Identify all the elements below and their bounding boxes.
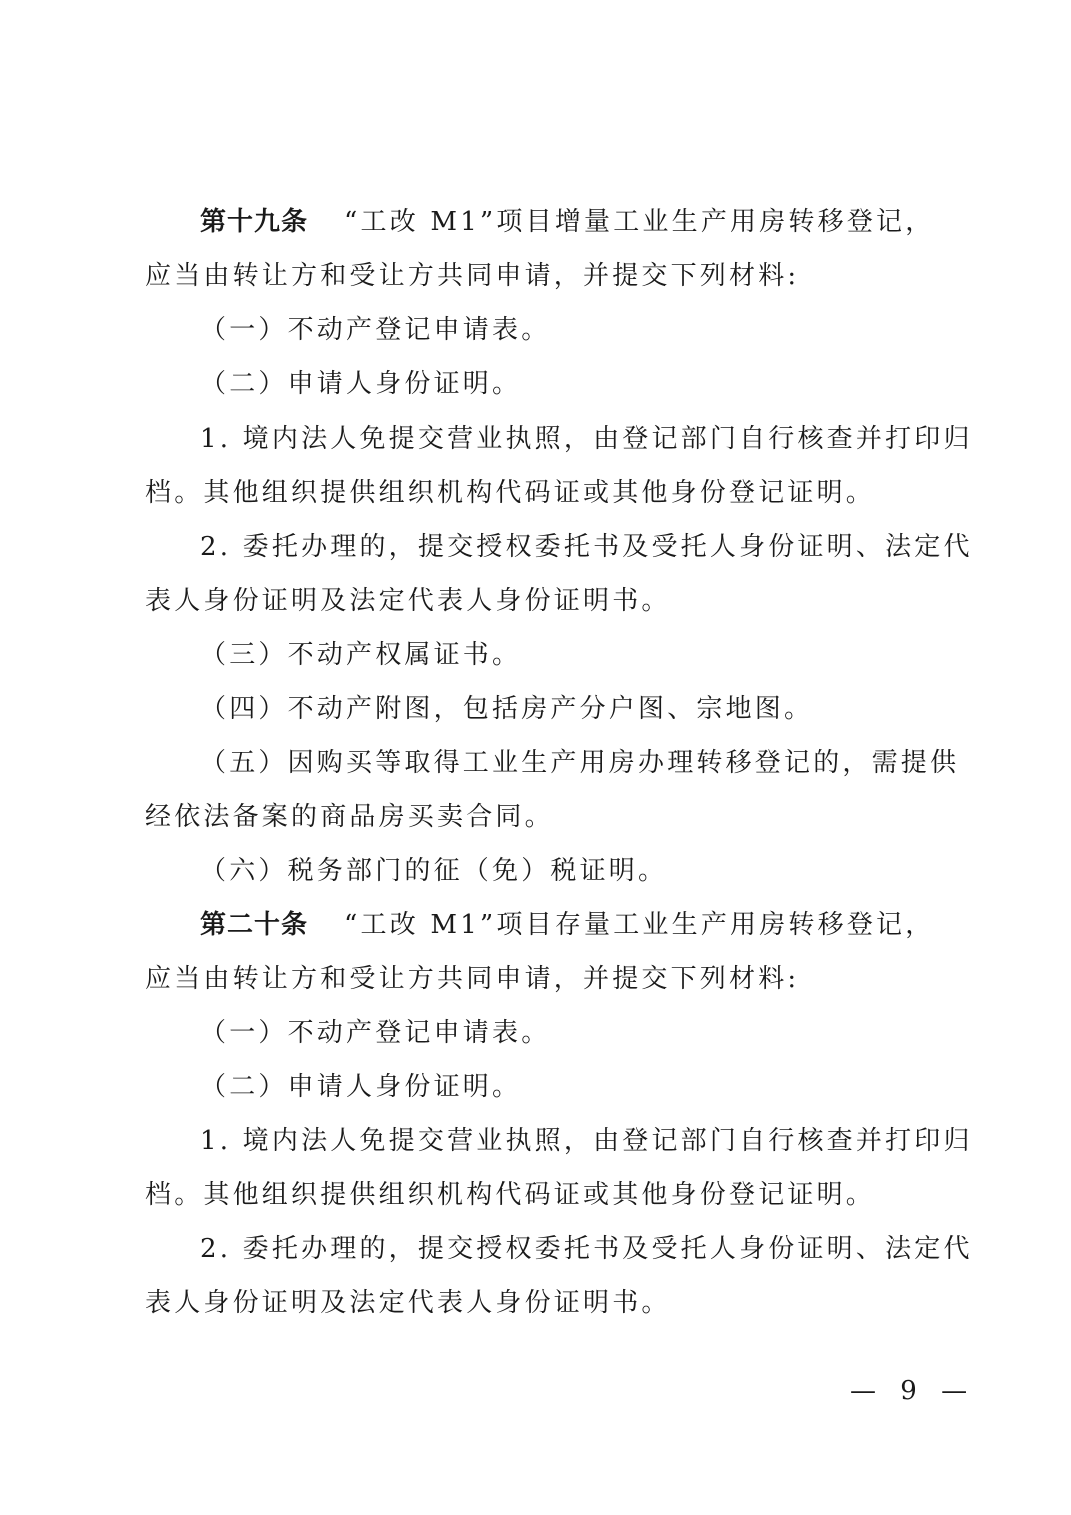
line-text: 应当由转让方和受让方共同申请，并提交下列材料:: [145, 261, 799, 291]
article-number: 第二十条: [200, 910, 308, 940]
text-line: （二）申请人身份证明。: [200, 367, 1000, 401]
document-page: 第十九条“工改 M1”项目增量工业生产用房转移登记，应当由转让方和受让方共同申请…: [0, 0, 1071, 1515]
line-text: 2. 委托办理的，提交授权委托书及受托人身份证明、法定代: [200, 1234, 973, 1264]
line-text: 经依法备案的商品房买卖合同。: [145, 802, 554, 832]
line-text: （一）不动产登记申请表。: [200, 315, 550, 345]
text-line: 应当由转让方和受让方共同申请，并提交下列材料:: [145, 962, 945, 996]
text-line: 表人身份证明及法定代表人身份证明书。: [145, 584, 945, 618]
page-number: — 9 —: [850, 1374, 975, 1408]
line-text: （三）不动产权属证书。: [200, 640, 521, 670]
article-number: 第十九条: [200, 207, 308, 237]
text-line: （一）不动产登记申请表。: [200, 313, 1000, 347]
line-text: 表人身份证明及法定代表人身份证明书。: [145, 586, 671, 616]
text-line: （二）申请人身份证明。: [200, 1070, 1000, 1104]
text-line: 经依法备案的商品房买卖合同。: [145, 800, 945, 834]
text-line: 档。其他组织提供组织机构代码证或其他身份登记证明。: [145, 1178, 945, 1212]
text-line: 1. 境内法人免提交营业执照，由登记部门自行核查并打印归: [200, 1124, 1000, 1158]
line-text: 表人身份证明及法定代表人身份证明书。: [145, 1288, 671, 1318]
text-line: （五）因购买等取得工业生产用房办理转移登记的，需提供: [200, 746, 1000, 780]
text-line: （一）不动产登记申请表。: [200, 1016, 1000, 1050]
article-heading-line: 第二十条“工改 M1”项目存量工业生产用房转移登记，: [200, 908, 1000, 942]
line-text: 应当由转让方和受让方共同申请，并提交下列材料:: [145, 964, 799, 994]
text-line: 应当由转让方和受让方共同申请，并提交下列材料:: [145, 259, 945, 293]
line-text: 1. 境内法人免提交营业执照，由登记部门自行核查并打印归: [200, 1126, 973, 1156]
line-text: 档。其他组织提供组织机构代码证或其他身份登记证明。: [145, 1180, 875, 1210]
text-line: 2. 委托办理的，提交授权委托书及受托人身份证明、法定代: [200, 530, 1000, 564]
line-text: “工改 M1”项目增量工业生产用房转移登记，: [344, 207, 934, 237]
text-line: （六）税务部门的征（免）税证明。: [200, 854, 1000, 888]
line-text: （四）不动产附图，包括房产分户图、宗地图。: [200, 694, 813, 724]
text-line: 2. 委托办理的，提交授权委托书及受托人身份证明、法定代: [200, 1232, 1000, 1266]
text-line: （三）不动产权属证书。: [200, 638, 1000, 672]
article-heading-line: 第十九条“工改 M1”项目增量工业生产用房转移登记，: [200, 205, 1000, 239]
text-line: 1. 境内法人免提交营业执照，由登记部门自行核查并打印归: [200, 422, 1000, 456]
line-text: （一）不动产登记申请表。: [200, 1018, 550, 1048]
line-text: 2. 委托办理的，提交授权委托书及受托人身份证明、法定代: [200, 532, 973, 562]
line-text: （六）税务部门的征（免）税证明。: [200, 856, 667, 886]
line-text: （五）因购买等取得工业生产用房办理转移登记的，需提供: [200, 748, 959, 778]
line-text: （二）申请人身份证明。: [200, 369, 521, 399]
line-text: 1. 境内法人免提交营业执照，由登记部门自行核查并打印归: [200, 424, 973, 454]
text-line: 表人身份证明及法定代表人身份证明书。: [145, 1286, 945, 1320]
text-line: （四）不动产附图，包括房产分户图、宗地图。: [200, 692, 1000, 726]
line-text: 档。其他组织提供组织机构代码证或其他身份登记证明。: [145, 478, 875, 508]
text-line: 档。其他组织提供组织机构代码证或其他身份登记证明。: [145, 476, 945, 510]
line-text: （二）申请人身份证明。: [200, 1072, 521, 1102]
line-text: “工改 M1”项目存量工业生产用房转移登记，: [344, 910, 934, 940]
